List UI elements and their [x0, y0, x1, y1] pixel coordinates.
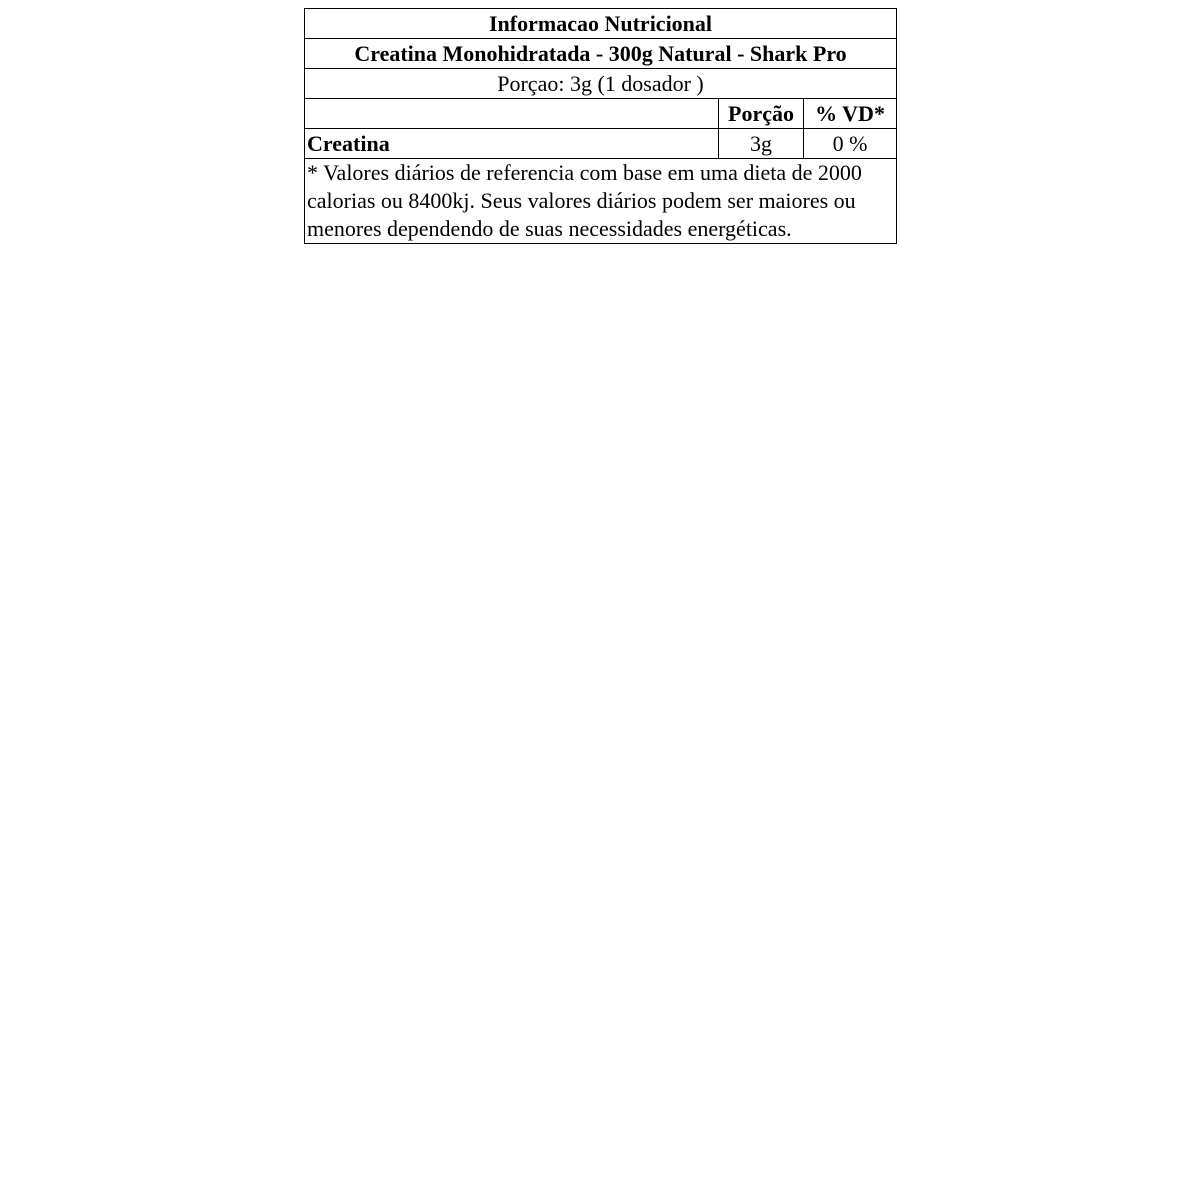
nutrient-name: Creatina [305, 129, 719, 159]
header-daily-value: % VD* [804, 99, 897, 129]
nutrient-portion: 3g [719, 129, 804, 159]
product-name: Creatina Monohidratada - 300g Natural - … [305, 39, 897, 69]
table-row: Creatina 3g 0 % [305, 129, 897, 159]
table-title: Informacao Nutricional [305, 9, 897, 39]
nutrient-daily-value: 0 % [804, 129, 897, 159]
header-portion: Porção [719, 99, 804, 129]
nutrition-facts-table: Informacao Nutricional Creatina Monohidr… [304, 8, 897, 244]
header-blank [305, 99, 719, 129]
header-row: Porção % VD* [305, 99, 897, 129]
serving-size: Porçao: 3g (1 dosador ) [305, 69, 897, 99]
footnote: * Valores diários de referencia com base… [305, 159, 897, 244]
